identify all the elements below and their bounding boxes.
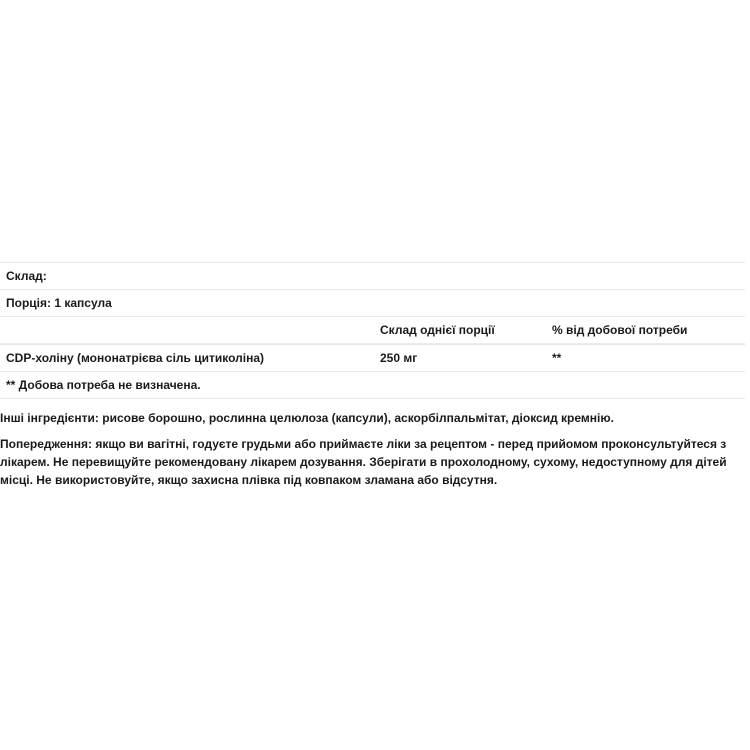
column-header-daily-value: % від добової потреби	[552, 317, 687, 343]
column-header-per-serving: Склад однієї порції	[380, 317, 495, 343]
footnote-row: ** Добова потреба не визначена.	[0, 371, 745, 399]
composition-title-row: Склад:	[0, 262, 745, 289]
ingredient-name: CDP-холіну (мононатрієва сіль цитиколіна…	[6, 345, 264, 371]
ingredient-amount: 250 мг	[380, 345, 417, 371]
warning-text: Попередження: якщо ви вагітні, годуєте г…	[0, 435, 745, 489]
supplement-facts-table: Склад: Порція: 1 капсула Склад однієї по…	[0, 262, 745, 399]
serving-size: Порція: 1 капсула	[6, 290, 112, 316]
ingredient-daily-value: **	[552, 345, 561, 371]
table-row: CDP-холіну (мононатрієва сіль цитиколіна…	[0, 344, 745, 371]
footnote: ** Добова потреба не визначена.	[6, 372, 201, 398]
composition-title: Склад:	[6, 263, 47, 289]
column-header-row: Склад однієї порції % від добової потреб…	[0, 316, 745, 344]
serving-size-row: Порція: 1 капсула	[0, 289, 745, 316]
other-ingredients: Інші інгредієнти: рисове борошно, рослин…	[0, 409, 745, 427]
